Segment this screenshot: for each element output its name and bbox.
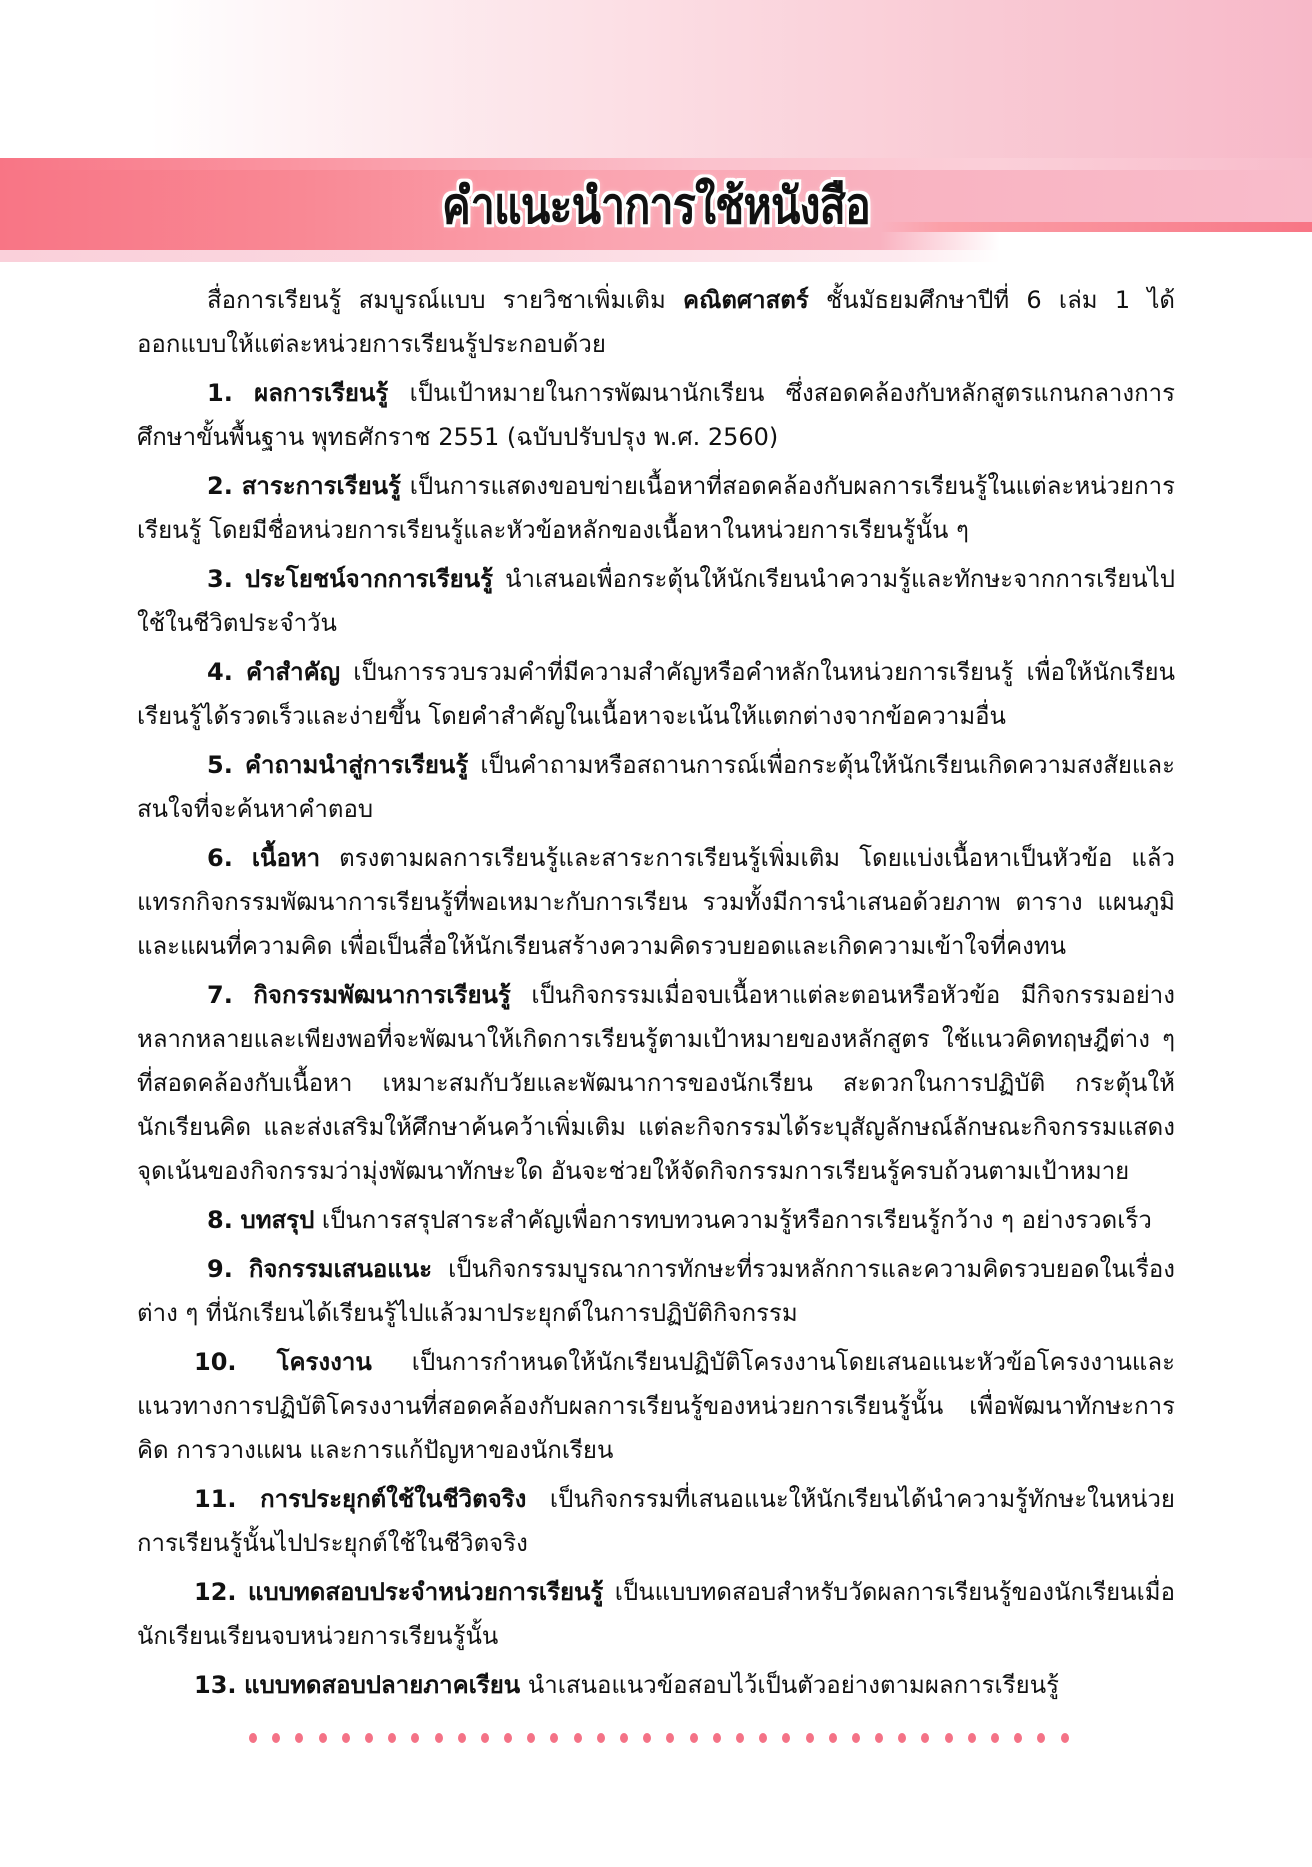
page-title: คำแนะนำการใช้หนังสือ — [92, 176, 1220, 236]
dot-icon — [713, 1733, 721, 1743]
item-term: คำสำคัญ — [246, 658, 340, 686]
dot-icon — [1061, 1733, 1069, 1743]
title-band-top-stripe — [0, 158, 1312, 170]
dot-icon — [945, 1733, 953, 1743]
list-item: 2. สาระการเรียนรู้ เป็นการแสดงขอบข่ายเนื… — [137, 464, 1175, 552]
item-number: 9. — [207, 1255, 233, 1283]
dot-icon — [249, 1733, 257, 1743]
dot-icon — [875, 1733, 883, 1743]
dot-icon — [411, 1733, 419, 1743]
dot-icon — [991, 1733, 999, 1743]
dot-icon — [295, 1733, 303, 1743]
dot-icon — [829, 1733, 837, 1743]
dot-icon — [643, 1733, 651, 1743]
list-item: 11. การประยุกต์ใช้ในชีวิตจริง เป็นกิจกรร… — [137, 1477, 1175, 1565]
list-item: 4. คำสำคัญ เป็นการรวบรวมคำที่มีความสำคัญ… — [137, 650, 1175, 738]
item-term: กิจกรรมพัฒนาการเรียนรู้ — [253, 981, 510, 1009]
subject-name: คณิตศาสตร์ — [683, 286, 809, 314]
item-description: เป็นกิจกรรมเมื่อจบเนื้อหาแต่ละตอนหรือหัว… — [137, 981, 1175, 1185]
list-item: 3. ประโยชน์จากการเรียนรู้ นำเสนอเพื่อกระ… — [137, 557, 1175, 645]
dot-icon — [921, 1733, 929, 1743]
title-band-fade-strip — [0, 250, 1312, 262]
dot-icon — [898, 1733, 906, 1743]
item-description: เป็นการสรุปสาระสำคัญเพื่อการทบทวนความรู้… — [314, 1206, 1152, 1234]
item-description: นำเสนอแนวข้อสอบไว้เป็นตัวอย่างตามผลการเร… — [520, 1671, 1059, 1699]
dot-icon — [968, 1733, 976, 1743]
item-term: ประโยชน์จากการเรียนรู้ — [245, 565, 493, 593]
dot-icon — [597, 1733, 605, 1743]
item-term: เนื้อหา — [252, 844, 320, 872]
list-item: 1. ผลการเรียนรู้ เป็นเป้าหมายในการพัฒนาน… — [137, 371, 1175, 459]
item-number: 5. — [207, 751, 233, 779]
dot-icon — [759, 1733, 767, 1743]
item-number: 6. — [207, 844, 233, 872]
dot-icon — [666, 1733, 674, 1743]
item-term: บทสรุป — [240, 1206, 314, 1234]
dot-icon — [550, 1733, 558, 1743]
dot-icon — [319, 1733, 327, 1743]
dot-icon — [388, 1733, 396, 1743]
item-term: ผลการเรียนรู้ — [254, 379, 388, 407]
dot-icon — [435, 1733, 443, 1743]
intro-paragraph: สื่อการเรียนรู้ สมบูรณ์แบบ รายวิชาเพิ่มเ… — [137, 278, 1175, 366]
dot-icon — [527, 1733, 535, 1743]
item-number: 7. — [207, 981, 233, 1009]
dot-icon — [806, 1733, 814, 1743]
list-item: 6. เนื้อหา ตรงตามผลการเรียนรู้และสาระการ… — [137, 836, 1175, 968]
item-number: 12. — [194, 1578, 237, 1606]
dot-icon — [272, 1733, 280, 1743]
dot-icon — [1037, 1733, 1045, 1743]
intro-prefix: สื่อการเรียนรู้ สมบูรณ์แบบ รายวิชาเพิ่มเ… — [207, 286, 683, 314]
header-top-gradient — [0, 0, 1312, 158]
item-number: 10. — [194, 1348, 237, 1376]
item-number: 11. — [194, 1485, 237, 1513]
item-number: 4. — [207, 658, 233, 686]
dot-icon — [458, 1733, 466, 1743]
list-item: 7. กิจกรรมพัฒนาการเรียนรู้ เป็นกิจกรรมเม… — [137, 973, 1175, 1193]
item-term: การประยุกต์ใช้ในชีวิตจริง — [260, 1485, 526, 1513]
dot-icon — [690, 1733, 698, 1743]
dot-icon — [1014, 1733, 1022, 1743]
dot-icon — [620, 1733, 628, 1743]
item-number: 1. — [207, 379, 233, 407]
list-item: 8. บทสรุป เป็นการสรุปสาระสำคัญเพื่อการทบ… — [137, 1198, 1175, 1242]
dot-icon — [782, 1733, 790, 1743]
item-number: 8. — [207, 1206, 233, 1234]
list-item: 12. แบบทดสอบประจำหน่วยการเรียนรู้ เป็นแบ… — [137, 1570, 1175, 1658]
dot-icon — [504, 1733, 512, 1743]
dot-icon — [481, 1733, 489, 1743]
list-item: 5. คำถามนำสู่การเรียนรู้ เป็นคำถามหรือสถ… — [137, 743, 1175, 831]
document-body: สื่อการเรียนรู้ สมบูรณ์แบบ รายวิชาเพิ่มเ… — [137, 278, 1175, 1712]
list-item: 13. แบบทดสอบปลายภาคเรียน นำเสนอแนวข้อสอบ… — [137, 1663, 1175, 1707]
dot-icon — [365, 1733, 373, 1743]
item-number: 3. — [207, 565, 233, 593]
item-term: แบบทดสอบประจำหน่วยการเรียนรู้ — [248, 1578, 603, 1606]
dot-icon — [852, 1733, 860, 1743]
dot-icon — [736, 1733, 744, 1743]
dot-icon — [574, 1733, 582, 1743]
item-term: คำถามนำสู่การเรียนรู้ — [245, 751, 468, 779]
item-term: แบบทดสอบปลายภาคเรียน — [244, 1671, 520, 1699]
item-number: 13. — [194, 1671, 237, 1699]
item-term: กิจกรรมเสนอแนะ — [249, 1255, 432, 1283]
list-item: 9. กิจกรรมเสนอแนะ เป็นกิจกรรมบูรณาการทัก… — [137, 1247, 1175, 1335]
item-term: สาระการเรียนรู้ — [242, 472, 401, 500]
item-number: 2. — [207, 472, 233, 500]
decorative-dot-divider — [249, 1731, 1069, 1745]
dot-icon — [342, 1733, 350, 1743]
list-item: 10. โครงงาน เป็นการกำหนดให้นักเรียนปฏิบั… — [137, 1340, 1175, 1472]
item-term: โครงงาน — [277, 1348, 372, 1376]
